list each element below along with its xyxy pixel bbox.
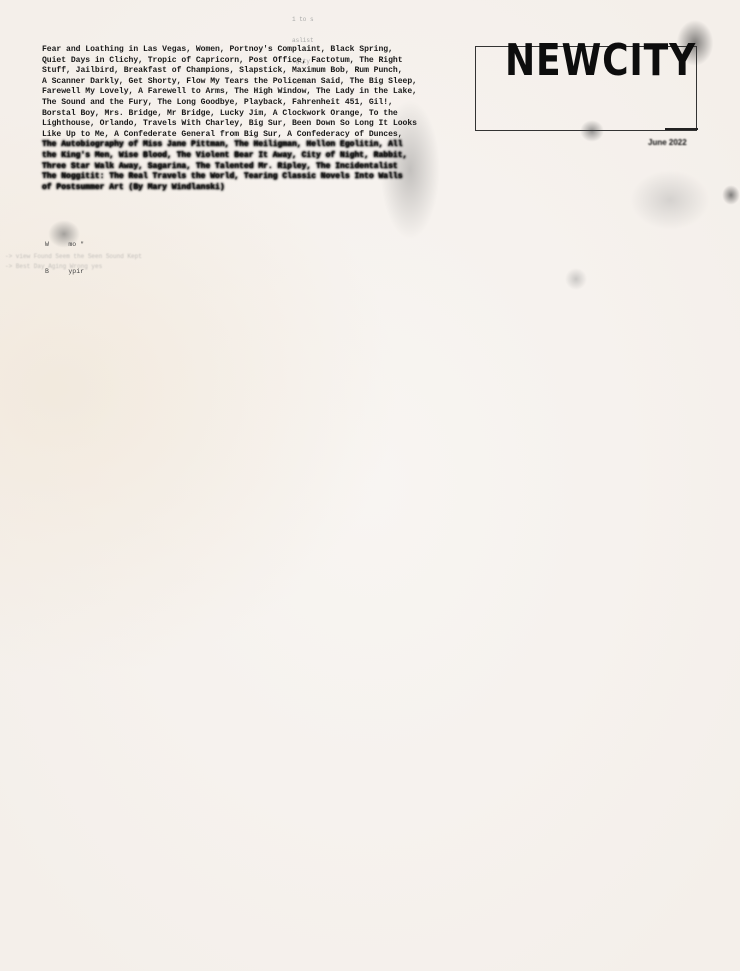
typed-line: Lighthouse, Orlando, Travels With Charle… — [42, 119, 462, 130]
smudged-line: The Noggitit: The Real Travels the World… — [42, 172, 462, 183]
typed-line: Fear and Loathing in Las Vegas, Women, P… — [42, 45, 462, 56]
issue-date: June 2022 — [648, 138, 687, 147]
typed-line: A Scanner Darkly, Get Shorty, Flow My Te… — [42, 77, 462, 88]
typed-line: Quiet Days in Clichy, Tropic of Capricor… — [42, 56, 462, 67]
newcity-logo: NEWCITY — [505, 36, 696, 86]
typed-line: Like Up to Me, A Confederate General fro… — [42, 130, 462, 141]
note-line: 1 to s — [292, 16, 314, 23]
typed-line: The Sound and the Fury, The Long Goodbye… — [42, 98, 462, 109]
faded-text-row: -> Best Day Aging Wrong yes — [5, 263, 102, 270]
faded-text-row: -> view Found Seem the Seen Sound Kept — [5, 253, 142, 260]
masthead-rule — [665, 128, 698, 130]
note-line: aslist — [292, 37, 314, 44]
smudged-line: Three Star Walk Away, Sagarina, The Tale… — [42, 162, 462, 173]
smudged-line: The Autobiography of Miss Jane Pittman, … — [42, 140, 462, 151]
typed-book-list: Fear and Loathing in Las Vegas, Women, P… — [42, 45, 462, 193]
smudged-line: the King's Men, Wise Blood, The Violent … — [42, 151, 462, 162]
typed-line: Stuff, Jailbird, Breakfast of Champions,… — [42, 66, 462, 77]
smudged-line: of Postsummer Art (By Mary Windlanski) — [42, 183, 462, 194]
typed-line: Farewell My Lovely, A Farewell to Arms, … — [42, 87, 462, 98]
note-line: W mo " — [45, 240, 84, 249]
typed-line: Borstal Boy, Mrs. Bridge, Mr Bridge, Luc… — [42, 109, 462, 120]
